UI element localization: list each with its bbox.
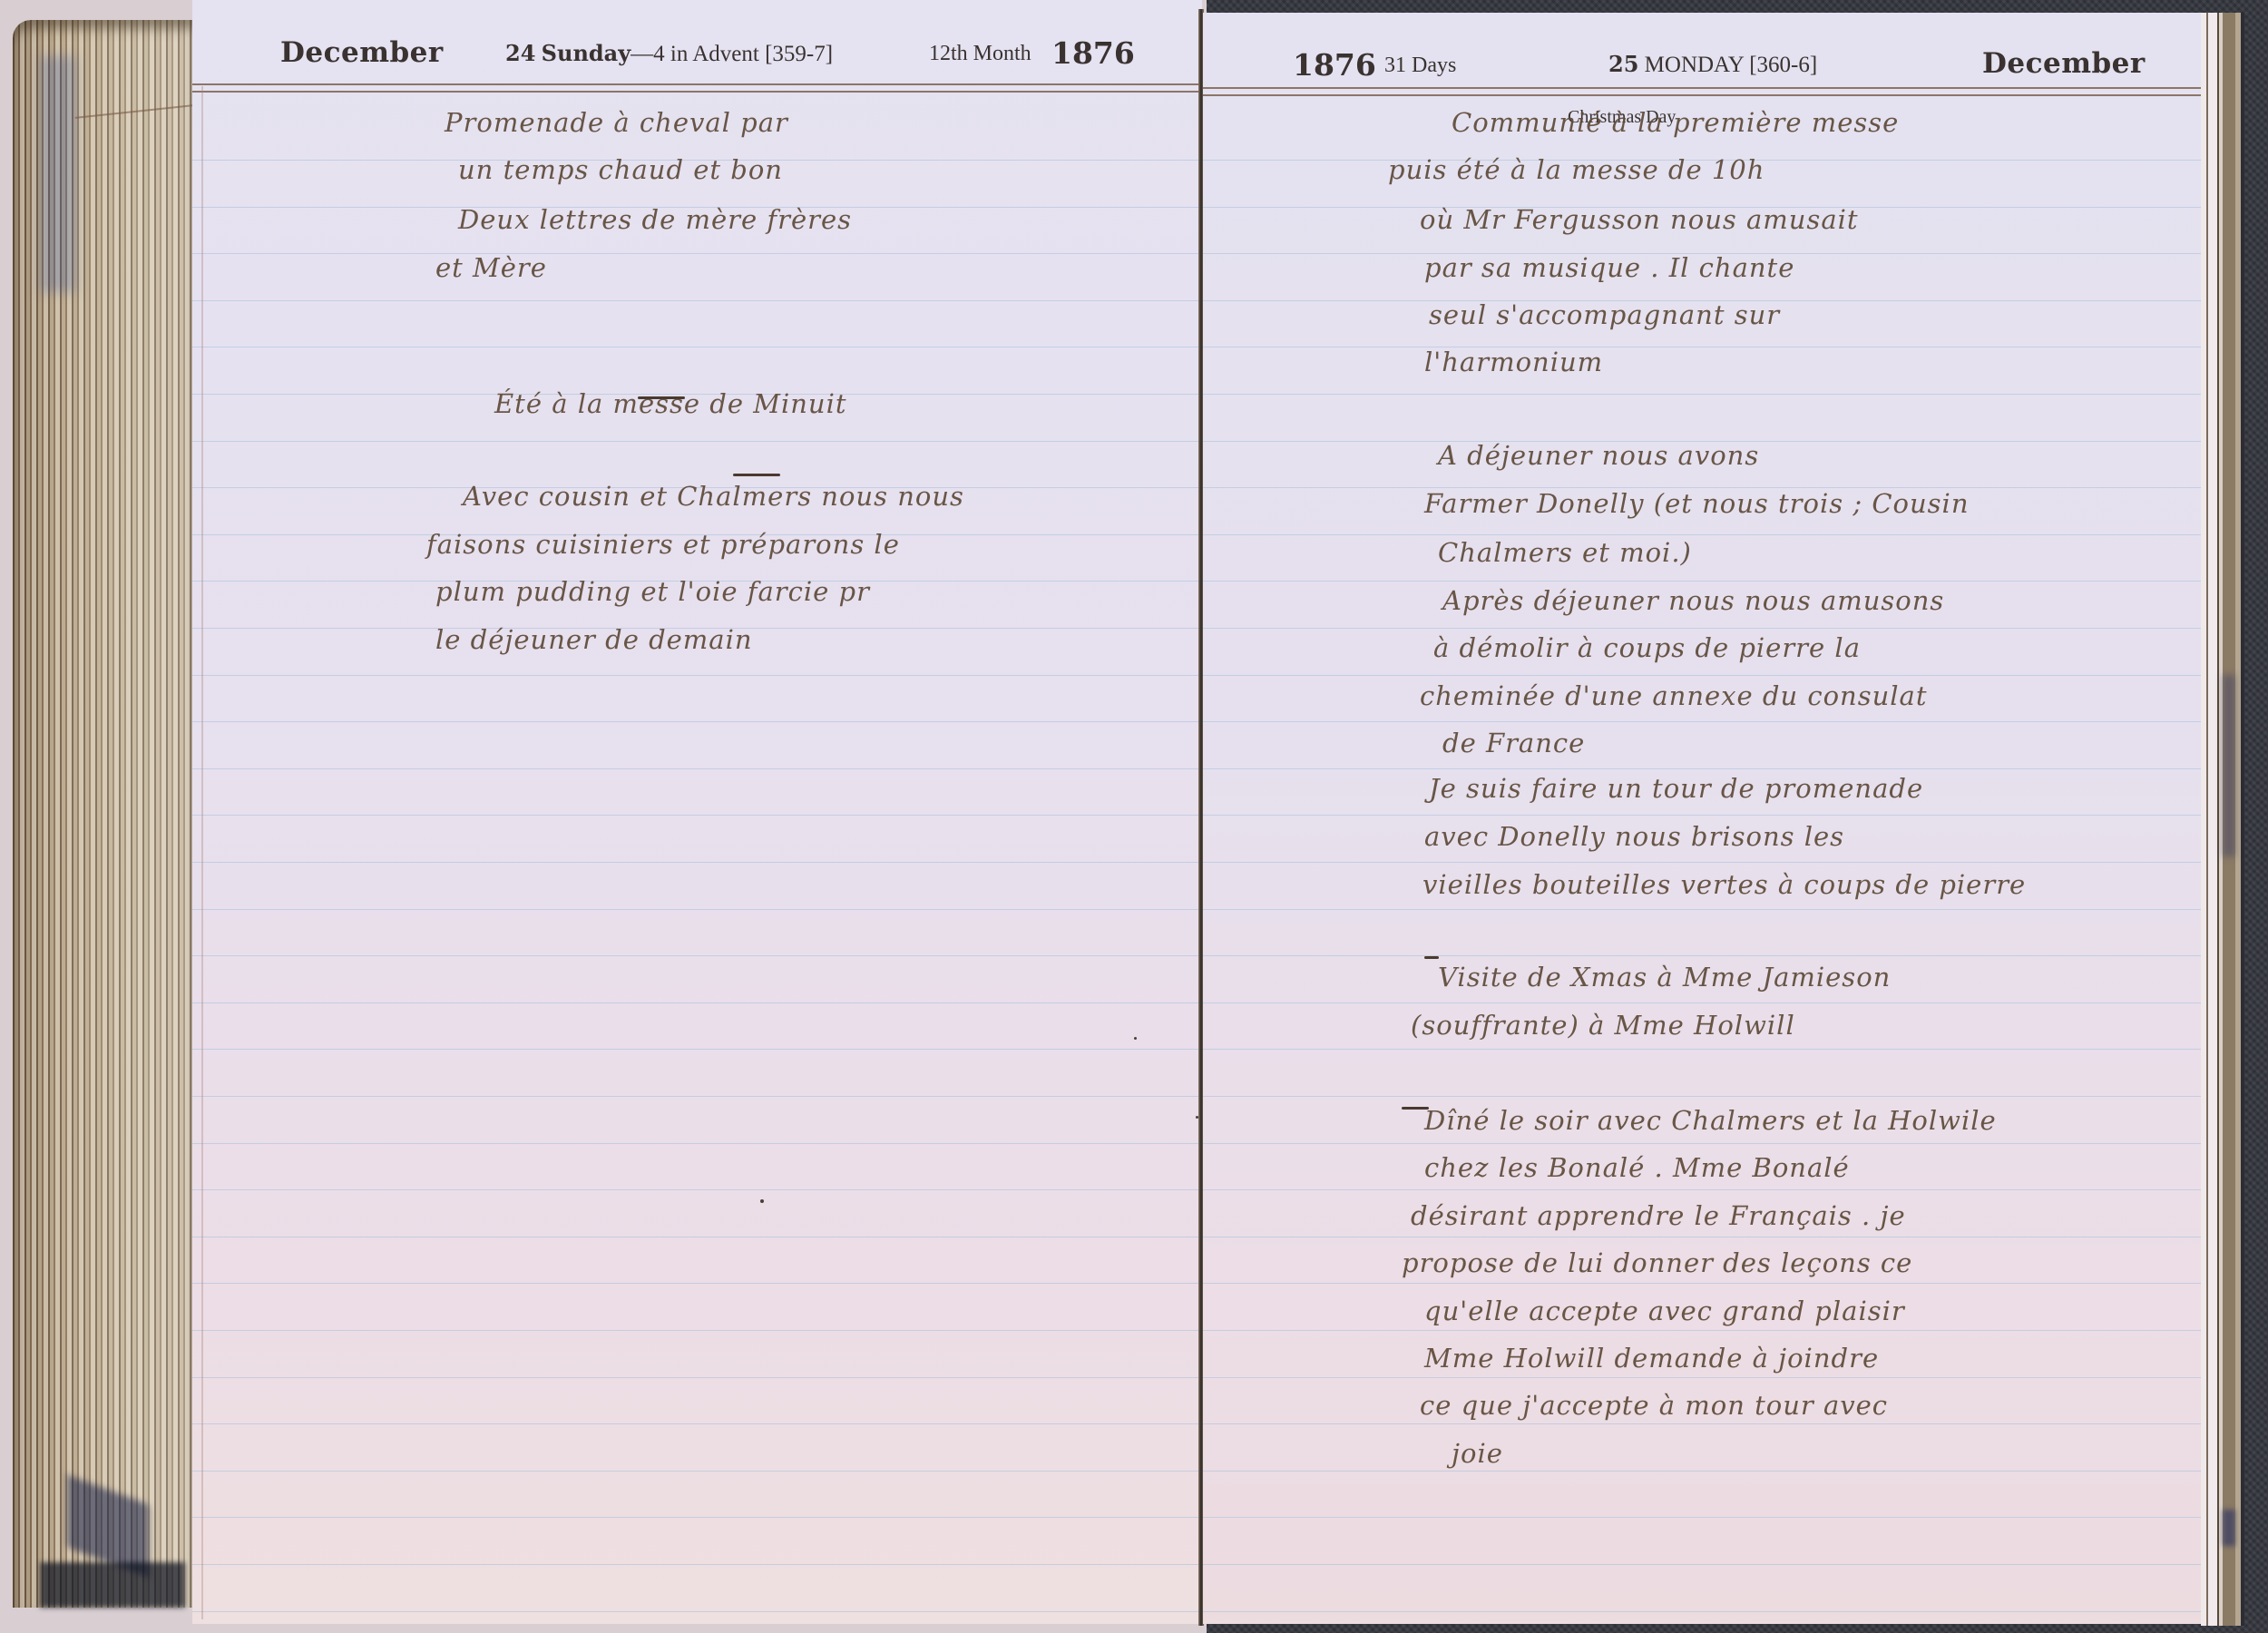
ruled-line	[192, 909, 1202, 910]
ruled-line	[1203, 1237, 2201, 1237]
handwritten-line: Farmer Donelly (et nous trois ; Cousin	[1424, 488, 1970, 519]
handwritten-line: Deux lettres de mère frères	[458, 204, 852, 235]
left-page: December 24 Sunday—4 in Advent [359-7] 1…	[192, 0, 1202, 1624]
handwritten-line: A déjeuner nous avons	[1438, 440, 1759, 471]
handwritten-line: Après déjeuner nous nous amusons	[1442, 585, 1944, 616]
handwritten-line: qu'elle accepte avec grand plaisir	[1424, 1296, 1905, 1326]
ruled-line	[1203, 721, 2201, 722]
handwritten-line: par sa musique . Il chante	[1424, 252, 1794, 283]
day-name: MONDAY	[1645, 53, 1744, 77]
ruled-line	[192, 1283, 1202, 1284]
ruled-line	[192, 815, 1202, 816]
handwritten-line: un temps chaud et bon	[458, 154, 783, 185]
handwritten-line: désirant apprendre le Français . je	[1411, 1200, 1906, 1231]
ink-stain	[40, 56, 76, 292]
right-header-month: December	[1982, 47, 2146, 80]
ruled-line	[1203, 955, 2201, 956]
handwritten-line: seul s'accompagnant sur	[1429, 299, 1780, 330]
ruled-line	[192, 1096, 1202, 1097]
page-edge	[201, 86, 203, 1619]
handwritten-line: Dîné le soir avec Chalmers et la Holwile	[1424, 1105, 1997, 1136]
ruled-line	[1203, 1377, 2201, 1378]
ruled-line	[192, 721, 1202, 722]
ruled-line	[192, 1471, 1202, 1472]
handwritten-line: de France	[1442, 728, 1585, 758]
day-number: 25	[1608, 51, 1638, 77]
handwritten-dash	[1402, 1107, 1429, 1110]
ruled-line	[1203, 815, 2201, 816]
ruled-line	[1203, 1423, 2201, 1424]
handwritten-line: faisons cuisiniers et préparons le	[426, 529, 900, 560]
ruled-line	[192, 441, 1202, 442]
handwritten-line: Chalmers et moi.)	[1438, 537, 1692, 568]
handwritten-line: Été à la messe de Minuit	[494, 388, 847, 419]
handwritten-line: Visite de Xmas à Mme Jamieson	[1438, 962, 1891, 993]
ruled-line	[192, 1423, 1202, 1424]
ruled-line	[192, 768, 1202, 769]
ruled-line	[1203, 1330, 2201, 1331]
ruled-line	[192, 675, 1202, 676]
handwritten-line: avec Donelly nous brisons les	[1424, 821, 1844, 852]
right-page-stack	[2201, 13, 2244, 1626]
ruled-line	[1203, 1189, 2201, 1190]
ruled-line	[192, 1189, 1202, 1190]
handwritten-dash	[733, 474, 780, 476]
handwritten-line: où Mr Fergusson nous amusait	[1420, 204, 1859, 235]
right-header-date: 25 MONDAY [360-6]	[1608, 51, 1817, 78]
paper-speck	[1134, 1037, 1137, 1040]
handwritten-line: Mme Holwill demande à joindre	[1424, 1343, 1879, 1374]
handwritten-line: et Mère	[435, 252, 547, 283]
left-header-date: 24 Sunday—4 in Advent [359-7]	[505, 40, 833, 67]
handwritten-line: plum pudding et l'oie farcie pr	[435, 576, 870, 607]
right-header-days: 31 Days	[1384, 54, 1456, 78]
handwritten-line: (souffrante) à Mme Holwill	[1411, 1010, 1795, 1041]
handwritten-line: Promenade à cheval par	[445, 107, 788, 138]
ink-stain	[40, 1562, 185, 1608]
ruled-line	[192, 1564, 1202, 1565]
ruled-line	[1203, 909, 2201, 910]
ruled-line	[1203, 534, 2201, 535]
ruled-line	[192, 300, 1202, 301]
left-header-month-ordinal: 12th Month	[929, 42, 1031, 66]
page-curl	[75, 104, 196, 145]
handwritten-line: Communié à la première messe	[1452, 107, 1899, 138]
handwritten-line: Avec cousin et Chalmers nous nous	[463, 481, 964, 512]
header-double-rule	[192, 83, 1202, 93]
ink-stain	[2223, 675, 2235, 856]
ruled-line	[192, 347, 1202, 347]
ruled-line	[192, 1517, 1202, 1518]
ruled-line	[1203, 394, 2201, 395]
ruled-line	[1203, 347, 2201, 347]
ruled-line	[192, 1049, 1202, 1050]
ruled-line	[192, 955, 1202, 956]
ruled-line	[1203, 675, 2201, 676]
paper-speck	[1196, 1116, 1198, 1119]
ruled-line	[192, 1143, 1202, 1144]
ruled-line	[192, 1611, 1202, 1612]
ruled-line	[1203, 1517, 2201, 1518]
handwritten-line: vieilles bouteilles vertes à coups de pi…	[1422, 869, 2026, 900]
paper-speck	[760, 1199, 764, 1203]
ruled-line	[192, 1237, 1202, 1237]
ruled-line	[192, 1377, 1202, 1378]
day-suffix: —4 in Advent [359-7]	[631, 42, 833, 66]
ruled-line	[1203, 1002, 2201, 1003]
handwritten-line: joie	[1452, 1438, 1503, 1469]
day-suffix: [360-6]	[1749, 53, 1817, 77]
handwritten-line: chez les Bonalé . Mme Bonalé	[1424, 1152, 1850, 1183]
ruled-line	[1203, 1564, 2201, 1565]
handwritten-dash	[1424, 956, 1439, 959]
ruled-line	[1203, 768, 2201, 769]
left-page-stack	[13, 20, 194, 1608]
handwritten-line: cheminée d'une annexe du consulat	[1420, 680, 1928, 711]
handwritten-line: le déjeuner de demain	[435, 624, 753, 655]
ruled-line	[192, 862, 1202, 863]
ruled-line	[1203, 1471, 2201, 1472]
ink-stain	[2223, 1510, 2235, 1546]
ruled-line	[1203, 581, 2201, 582]
handwritten-line: l'harmonium	[1424, 347, 1603, 377]
ruled-line	[1203, 628, 2201, 629]
handwritten-line: ce que j'accepte à mon tour avec	[1420, 1390, 1888, 1421]
ruled-line	[192, 1330, 1202, 1331]
handwritten-dash	[638, 396, 685, 399]
ruled-line	[1203, 1143, 2201, 1144]
ruled-line	[1203, 862, 2201, 863]
day-number: 24	[505, 40, 535, 66]
left-header-year: 1876	[1051, 35, 1135, 71]
ruled-line	[192, 253, 1202, 254]
handwritten-line: Je suis faire un tour de promenade	[1429, 773, 1923, 804]
handwritten-line: à démolir à coups de pierre la	[1433, 632, 1861, 663]
left-header-month: December	[280, 36, 444, 69]
ruled-line	[1203, 1049, 2201, 1050]
header-double-rule	[1203, 87, 2201, 96]
ruled-line	[1203, 1096, 2201, 1097]
ruled-line	[192, 1002, 1202, 1003]
right-header-year: 1876	[1293, 47, 1376, 83]
handwritten-line: puis été à la messe de 10h	[1388, 154, 1765, 185]
ruled-line	[1203, 1611, 2201, 1612]
ruled-line	[1203, 1283, 2201, 1284]
day-name: Sunday	[542, 40, 631, 66]
handwritten-line: propose de lui donner des leçons ce	[1402, 1247, 1912, 1278]
